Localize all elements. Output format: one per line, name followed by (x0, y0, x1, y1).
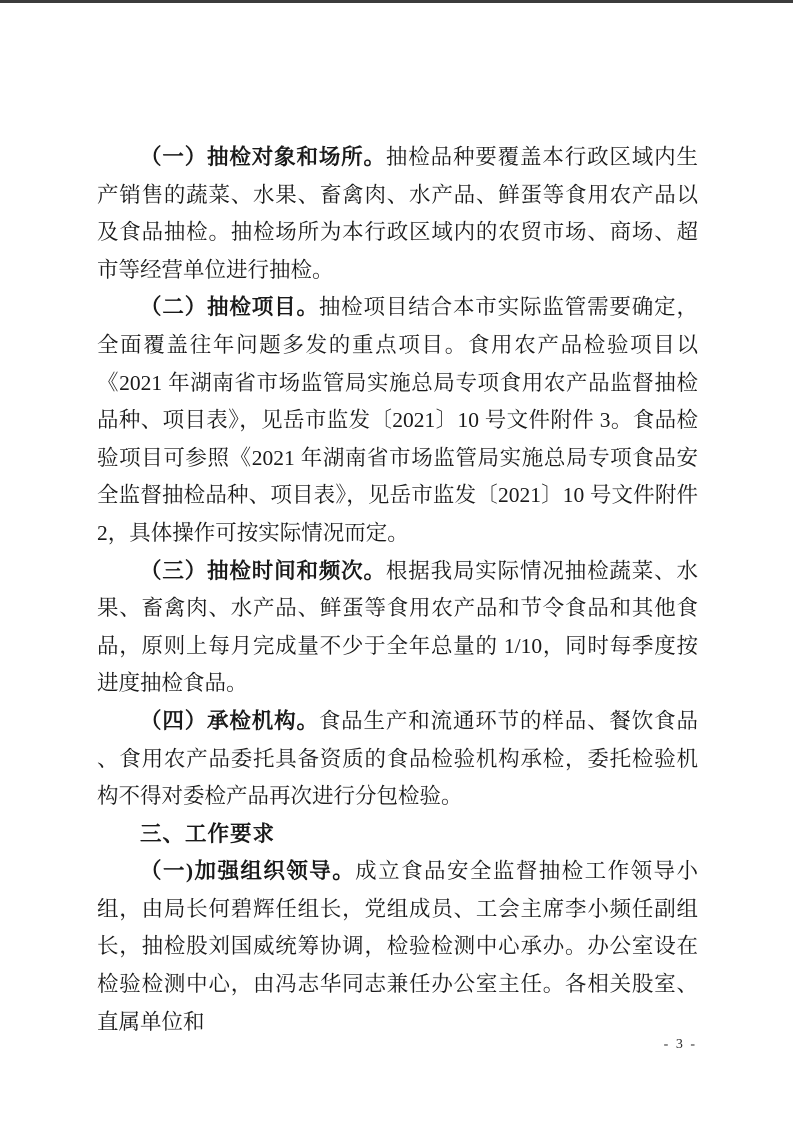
paragraph-1: （一）抽检对象和场所。抽检品种要覆盖本行政区域内生产销售的蔬菜、水果、畜禽肉、水… (97, 139, 698, 289)
paragraph-2-lead: （二）抽检项目。 (140, 295, 319, 319)
paragraph-2: （二）抽检项目。抽检项目结合本市实际监管需要确定，全面覆盖往年问题多发的重点项目… (97, 289, 698, 552)
section-heading-work-requirements: 三、工作要求 (97, 816, 698, 854)
paragraph-4-lead: （四）承检机构。 (140, 709, 319, 733)
paragraph-1-lead: （一）抽检对象和场所。 (140, 145, 386, 169)
paragraph-2-text: 抽检项目结合本市实际监管需要确定，全面覆盖往年问题多发的重点项目。食用农产品检验… (97, 295, 698, 545)
document-page: （一）抽检对象和场所。抽检品种要覆盖本行政区域内生产销售的蔬菜、水果、畜禽肉、水… (0, 0, 793, 1122)
scan-edge-top (0, 0, 793, 3)
paragraph-3-lead: （三）抽检时间和频次。 (140, 559, 386, 583)
paragraph-5: （一)加强组织领导。成立食品安全监督抽检工作领导小组，由局长何碧辉任组长，党组成… (97, 853, 698, 1041)
paragraph-3: （三）抽检时间和频次。根据我局实际情况抽检蔬菜、水果、畜禽肉、水产品、鲜蛋等食用… (97, 553, 698, 703)
paragraph-4: （四）承检机构。食品生产和流通环节的样品、餐饮食品 、食用农产品委托具备资质的食… (97, 703, 698, 816)
page-number: - 3 - (664, 1037, 697, 1053)
document-body: （一）抽检对象和场所。抽检品种要覆盖本行政区域内生产销售的蔬菜、水果、畜禽肉、水… (97, 139, 698, 1041)
paragraph-5-lead: （一)加强组织领导。 (140, 859, 355, 883)
paragraph-5-text: 成立食品安全监督抽检工作领导小组，由局长何碧辉任组长，党组成员、工会主席李小频任… (97, 859, 698, 1033)
